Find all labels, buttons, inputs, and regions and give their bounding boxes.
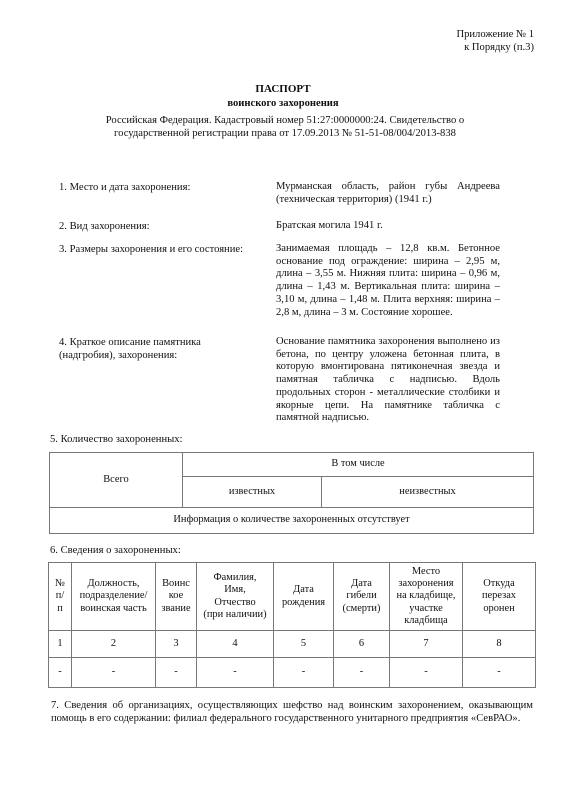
appendix-number: Приложение № 1 (456, 28, 534, 41)
column-header-4: Фамилия,Имя,Отчество(при наличии) (197, 563, 274, 631)
column-header-line: Воинс (156, 578, 196, 590)
column-number-cell: 4 (197, 631, 274, 658)
table-cell: - (49, 658, 72, 688)
patronage-organizations: 7. Сведения об организациях, осуществляю… (51, 699, 533, 725)
table-cell: - (463, 658, 536, 688)
column-header-line: № (49, 578, 71, 590)
buried-persons-table: №п/пДолжность,подразделение/воинская час… (48, 562, 536, 688)
field-monument-description-label: 4. Краткое описание памятника (надгробия… (59, 336, 274, 362)
table-column-numbers-row: 12345678 (49, 631, 536, 658)
appendix-order-ref: к Порядку (п.3) (456, 41, 534, 54)
field-monument-label-line-2: (надгробия), захоронения: (59, 349, 274, 362)
column-header-line: (смерти) (334, 603, 389, 615)
field-burial-type-value: Братская могила 1941 г. (276, 220, 500, 233)
field-monument-description-value: Основание памятника захоронения выполнен… (276, 336, 500, 425)
column-header-8: Откудаперезахоронен (463, 563, 536, 631)
column-number-cell: 7 (390, 631, 463, 658)
field-dimensions-label: 3. Размеры захоронения и его состояние: (59, 243, 274, 256)
column-header-line: воинская часть (72, 603, 155, 615)
column-header-line: п (49, 603, 71, 615)
buried-count-info-row: Информация о количестве захороненных отс… (50, 508, 534, 534)
column-header-1: №п/п (49, 563, 72, 631)
document-subtitle: воинского захоронения (0, 97, 566, 110)
column-header-line: рождения (274, 597, 333, 609)
field-burial-type-label: 2. Вид захоронения: (59, 220, 274, 233)
registration-info: Российская Федерация. Кадастровый номер … (70, 115, 500, 140)
column-header-line: кое (156, 590, 196, 602)
document-title: ПАСПОРТ (0, 83, 566, 96)
table-cell: - (334, 658, 390, 688)
field-burial-place-value: Мурманская область, район губы Андреева … (276, 181, 500, 206)
column-number-cell: 3 (156, 631, 197, 658)
column-header-2: Должность,подразделение/воинская часть (72, 563, 156, 631)
table-cell: - (72, 658, 156, 688)
column-header-7: Местозахороненияна кладбище,участкекладб… (390, 563, 463, 631)
column-header-5: Датарождения (274, 563, 334, 631)
column-header-line: участке (390, 603, 462, 615)
column-header-line: п/ (49, 590, 71, 602)
column-header-line: подразделение/ (72, 590, 155, 602)
registration-line-1: Российская Федерация. Кадастровый номер … (70, 115, 500, 128)
column-header-line: захоронения (390, 578, 462, 590)
column-header-3: Воинскоезвание (156, 563, 197, 631)
column-header-line: Дата (274, 584, 333, 596)
field-monument-label-line-1: 4. Краткое описание памятника (59, 336, 274, 349)
column-number-cell: 1 (49, 631, 72, 658)
col-including-header: В том числе (183, 453, 534, 477)
field-burial-place-label: 1. Место и дата захоронения: (59, 181, 274, 194)
table-cell: - (390, 658, 463, 688)
table-row: -------- (49, 658, 536, 688)
col-total-header: Всего (50, 453, 183, 508)
column-header-line: Дата (334, 578, 389, 590)
column-number-cell: 8 (463, 631, 536, 658)
column-header-line: гибели (334, 590, 389, 602)
column-header-line: перезах (463, 590, 535, 602)
table-header-row: №п/пДолжность,подразделение/воинская час… (49, 563, 536, 631)
field-dimensions-value: Занимаемая площадь – 12,8 кв.м. Бетонное… (276, 243, 500, 319)
column-header-line: кладбища (390, 615, 462, 627)
col-unknown-header: неизвестных (322, 477, 534, 508)
column-number-cell: 6 (334, 631, 390, 658)
table-cell: - (156, 658, 197, 688)
column-header-line: Имя, (197, 584, 273, 596)
column-header-line: Место (390, 566, 462, 578)
column-header-line: оронен (463, 603, 535, 615)
column-number-cell: 5 (274, 631, 334, 658)
column-header-line: Должность, (72, 578, 155, 590)
appendix-reference: Приложение № 1 к Порядку (п.3) (456, 28, 534, 54)
buried-count-table: Всего В том числе известных неизвестных … (49, 452, 534, 534)
section-5-label: 5. Количество захороненных: (50, 433, 182, 446)
table-cell: - (197, 658, 274, 688)
column-header-6: Датагибели(смерти) (334, 563, 390, 631)
column-header-line: Отчество (197, 597, 273, 609)
column-header-line: Фамилия, (197, 572, 273, 584)
registration-line-2: государственной регистрации права от 17.… (70, 128, 500, 141)
table-cell: - (274, 658, 334, 688)
column-header-line: звание (156, 603, 196, 615)
column-number-cell: 2 (72, 631, 156, 658)
column-header-line: на кладбище, (390, 590, 462, 602)
column-header-line: Откуда (463, 578, 535, 590)
column-header-line: (при наличии) (197, 609, 273, 621)
section-6-label: 6. Сведения о захороненных: (50, 544, 181, 557)
col-known-header: известных (183, 477, 322, 508)
